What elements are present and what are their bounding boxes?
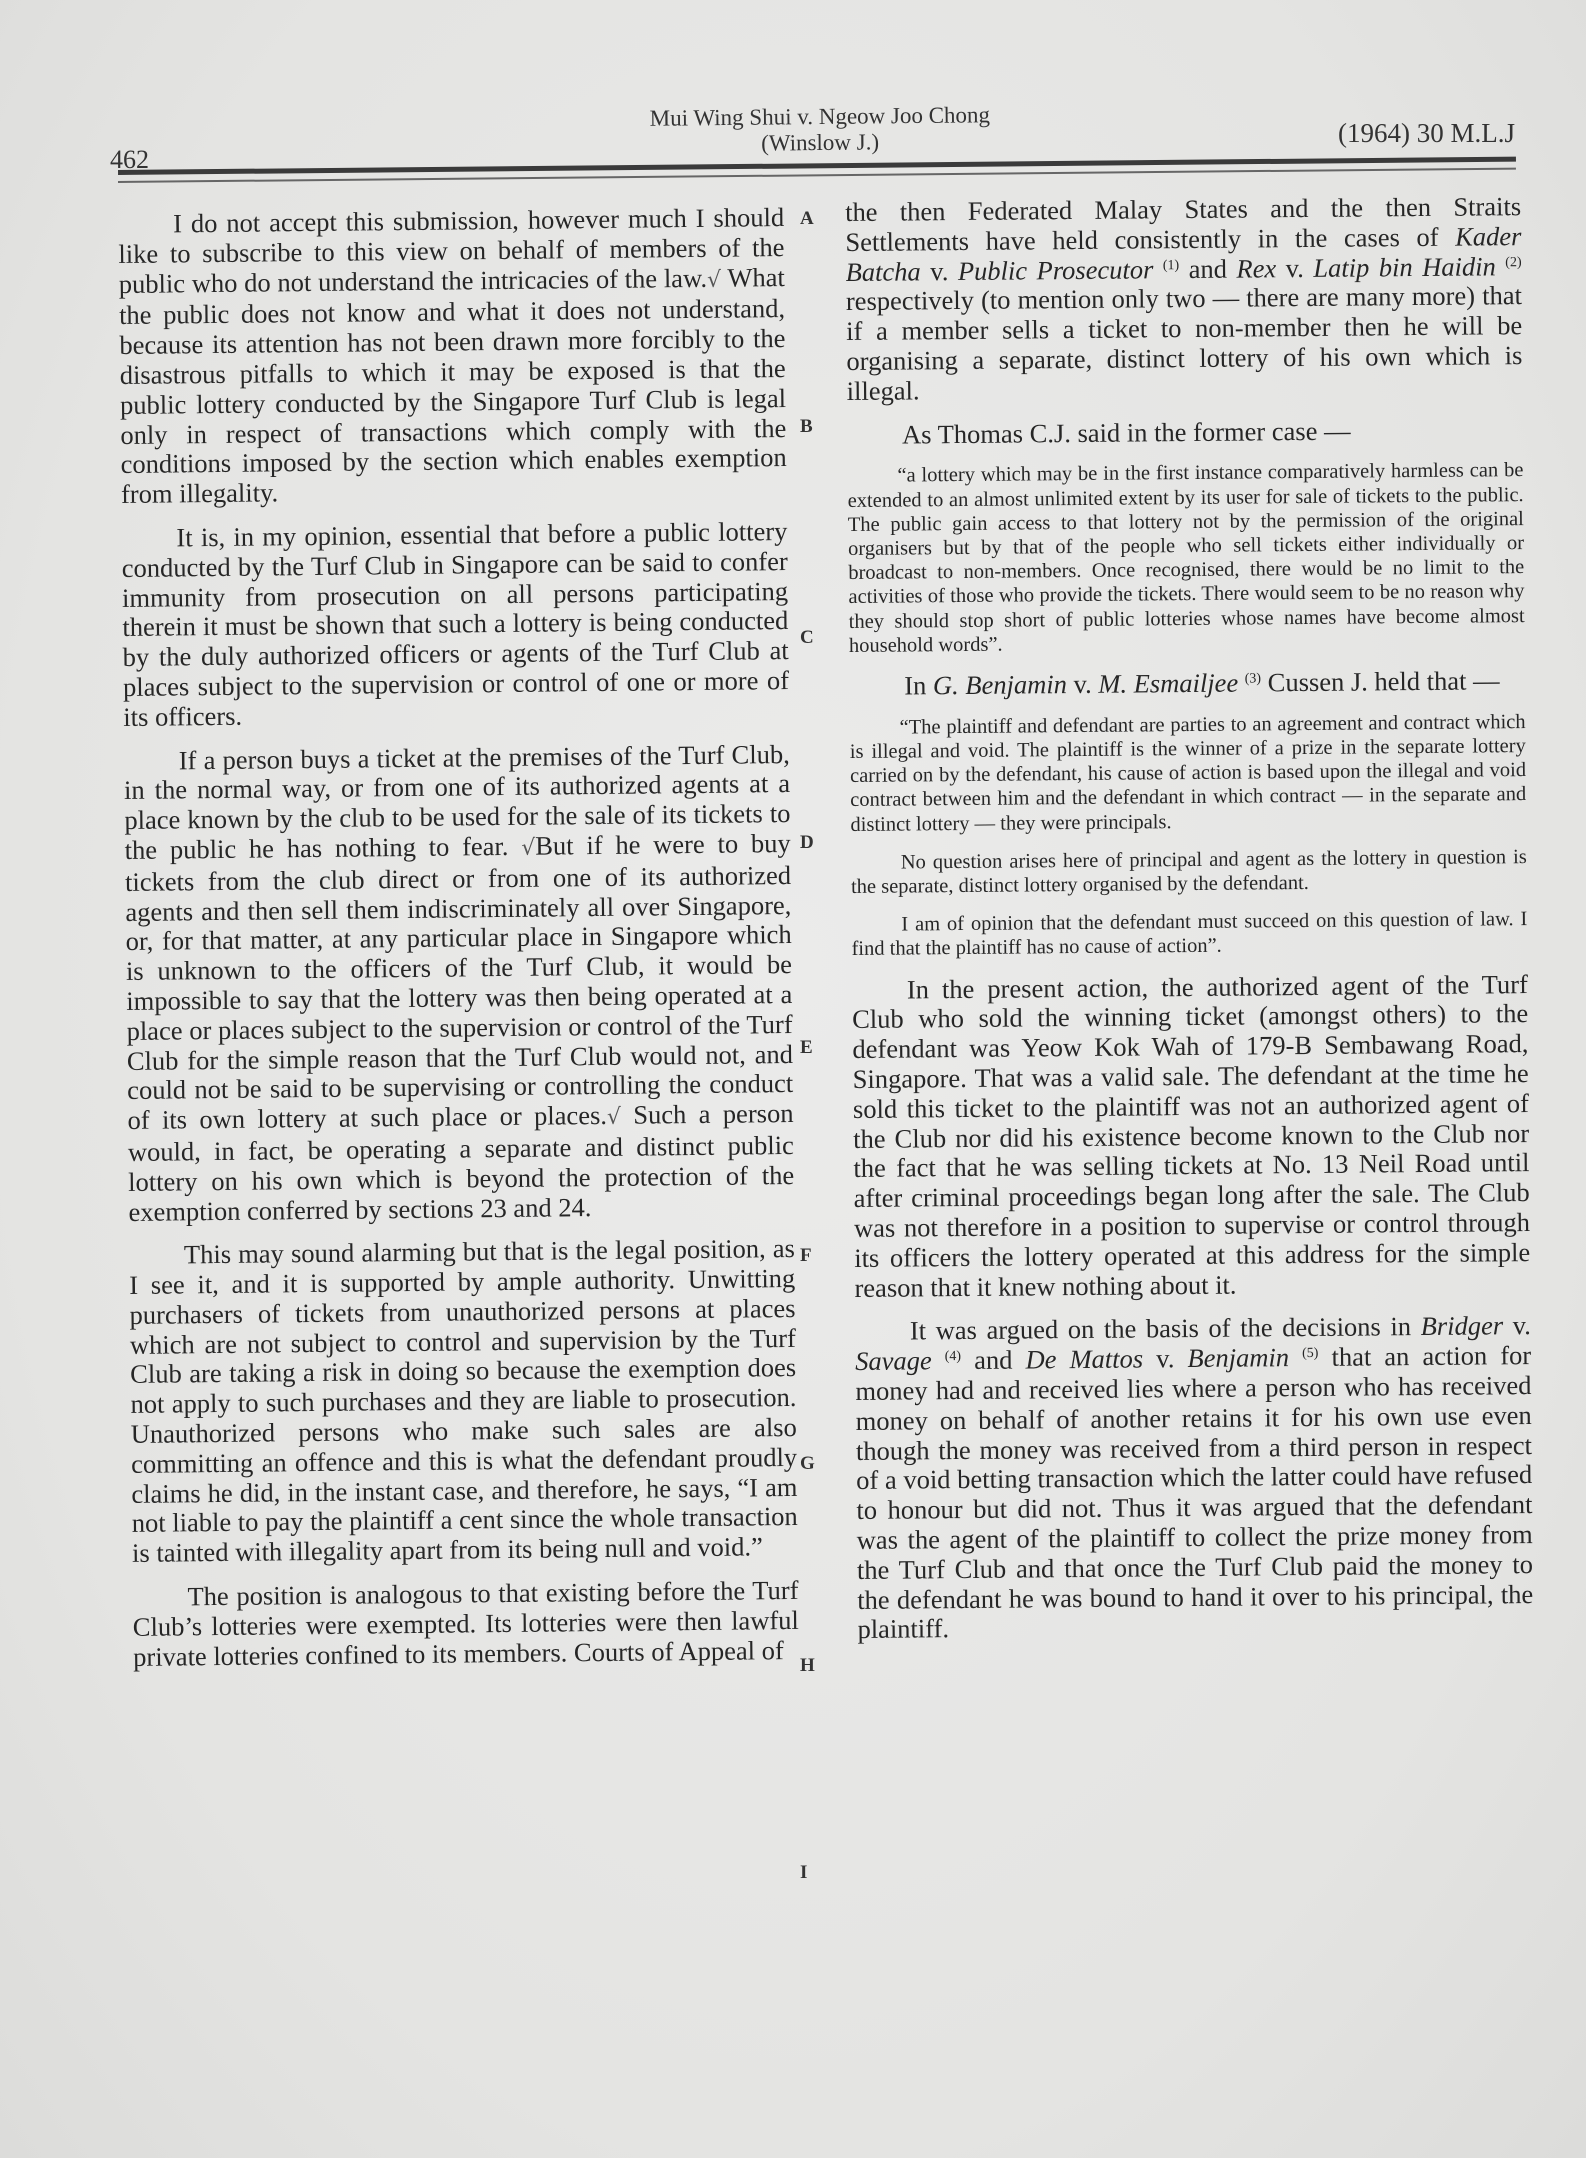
- footnote-ref: (5): [1302, 1346, 1318, 1361]
- case-name: Ben­jamin: [1187, 1342, 1289, 1373]
- document-page: 462 Mui Wing Shui v. Ngeow Joo Chong (Wi…: [0, 0, 1586, 2158]
- paragraph: the then Federated Malay States and the …: [845, 192, 1523, 406]
- case-name: G. Benjamin: [933, 669, 1067, 700]
- margin-letter-d: D: [800, 832, 814, 854]
- margin-letter-c: C: [800, 627, 814, 649]
- paragraph: This may sound alarming but that is the …: [129, 1234, 798, 1569]
- case-name: De Mattos: [1025, 1344, 1143, 1375]
- running-title: Mui Wing Shui v. Ngeow Joo Chong (Winslo…: [590, 102, 1051, 159]
- margin-letter-a: A: [800, 208, 814, 230]
- case-name: M. Esmailjee: [1098, 668, 1238, 699]
- margin-letter-f: F: [800, 1245, 812, 1267]
- paragraph: In G. Benjamin v. M. Esmailjee (3) Cusse…: [849, 666, 1525, 702]
- journal-citation: (1964) 30 M.L.J: [1338, 118, 1515, 149]
- margin-letter-b: B: [800, 416, 813, 438]
- left-column: I do not accept this submission, however…: [118, 203, 799, 1686]
- margin-letter-e: E: [800, 1037, 813, 1059]
- paragraph: It was argued on the basis of the decisi…: [855, 1311, 1534, 1645]
- footnote-ref: (1): [1163, 258, 1179, 273]
- paragraph: In the present action, the authorized ag…: [852, 970, 1531, 1304]
- right-column: the then Federated Malay States and the …: [845, 192, 1534, 1659]
- footnote-ref: (2): [1505, 255, 1521, 270]
- case-name: Latip bin Haidin: [1313, 251, 1496, 283]
- footnote-ref: (3): [1245, 671, 1261, 686]
- paragraph: I do not accept this submission, however…: [118, 203, 787, 510]
- block-quote: “a lottery which may be in the first ins…: [847, 458, 1525, 658]
- case-name: Rex: [1236, 253, 1276, 283]
- check-mark-icon: √: [607, 1105, 621, 1130]
- case-name: Bridger: [1421, 1311, 1504, 1342]
- block-quote: “The plaintiff and defendant are parties…: [850, 710, 1527, 837]
- judge-name: (Winslow J.): [590, 128, 1050, 159]
- check-mark-icon: √: [707, 267, 721, 292]
- block-quote: I am of opinion that the defendant must …: [851, 907, 1527, 961]
- footnote-ref: (4): [945, 1349, 961, 1364]
- paragraph: The position is analogous to that existi…: [132, 1576, 799, 1672]
- margin-letter-g: G: [800, 1453, 815, 1475]
- case-name: Public Prosecutor: [958, 254, 1154, 286]
- case-name: Savage: [855, 1345, 932, 1376]
- paragraph: As Thomas C.J. said in the former case —: [847, 415, 1523, 451]
- margin-letter-i: I: [800, 1862, 807, 1884]
- block-quote: No question arises here of principal and…: [851, 845, 1527, 899]
- paragraph: If a person buys a ticket at the premise…: [124, 740, 795, 1228]
- check-mark-icon: √: [521, 836, 535, 861]
- case-title: Mui Wing Shui v. Ngeow Joo Chong: [590, 102, 1050, 133]
- paragraph: It is, in my opinion, essential that bef…: [121, 517, 789, 733]
- margin-letter-h: H: [800, 1655, 815, 1677]
